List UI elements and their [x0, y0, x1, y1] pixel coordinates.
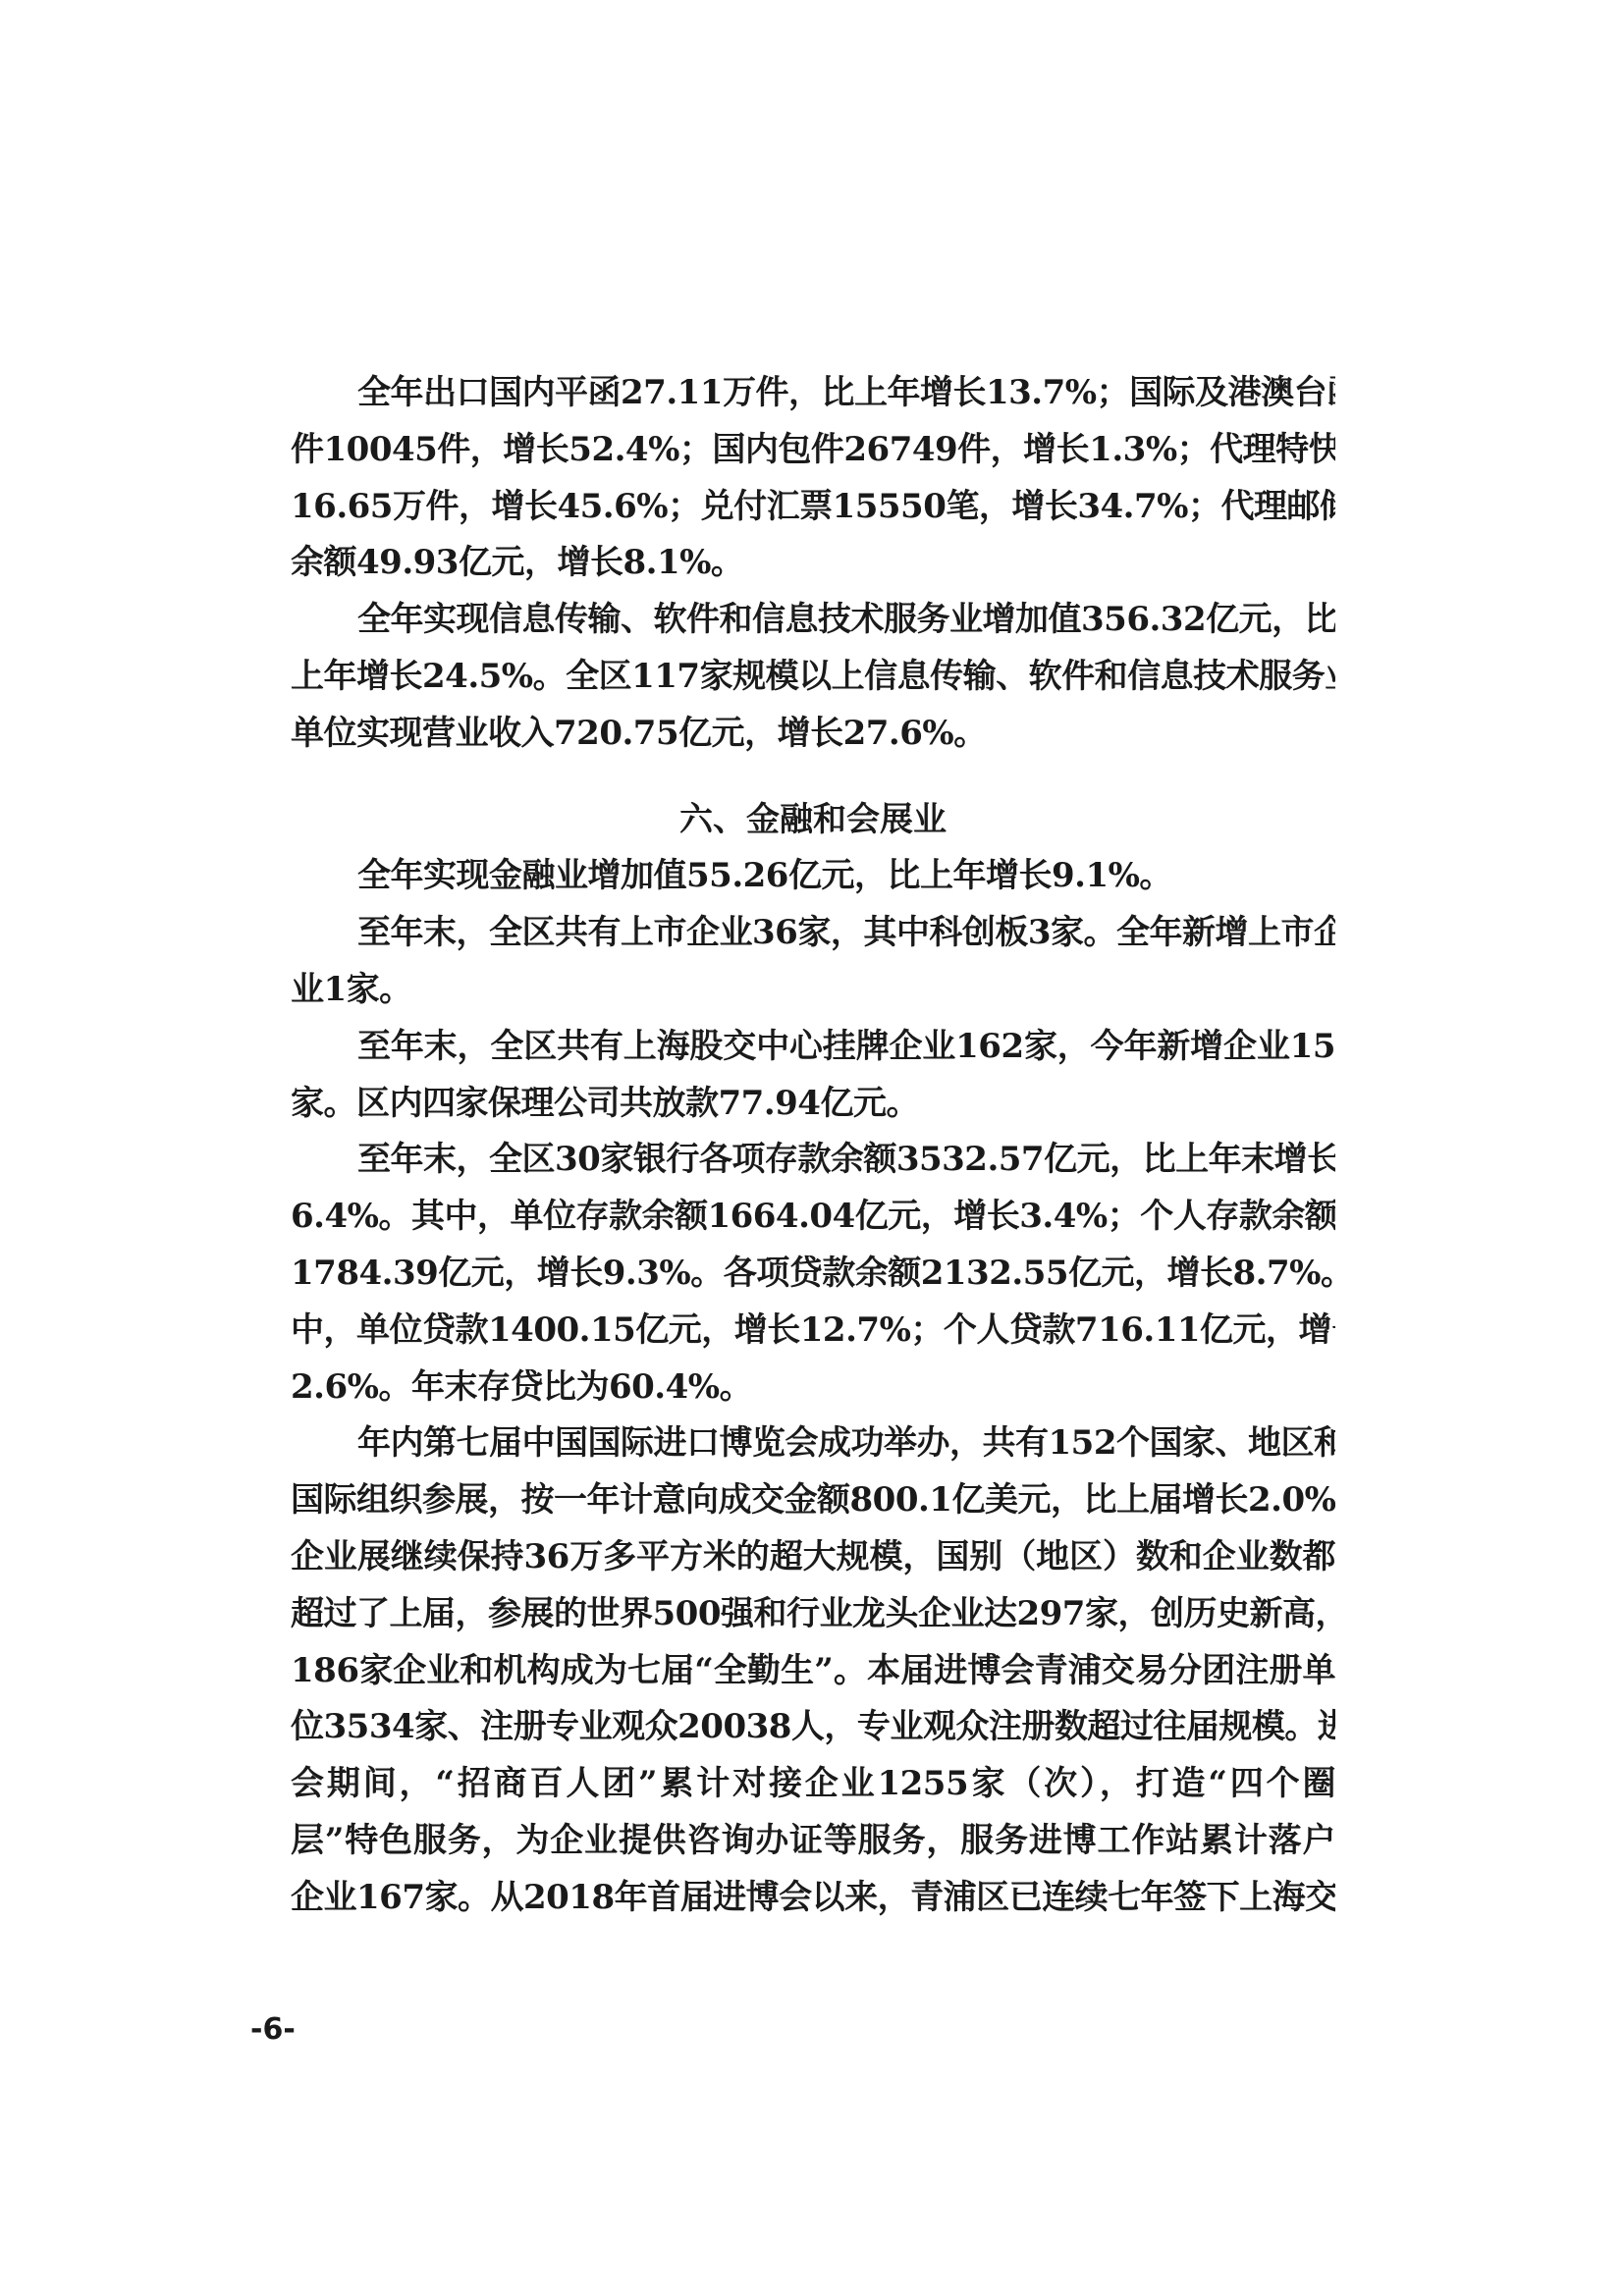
text-line: 上年增长24.5%。全区117家规模以上信息传输、软件和信息技术服务业: [291, 649, 1335, 706]
text-line: 企业167家。从2018年首届进博会以来，青浦区已连续七年签下上海交易: [291, 1870, 1335, 1927]
text-line: 位3534家、注册专业观众20038人，专业观众注册数超过往届规模。进博: [291, 1699, 1335, 1756]
text-line: 中，单位贷款1400.15亿元，增长12.7%；个人贷款716.11亿元，增长: [291, 1303, 1335, 1360]
text-line: 全年出口国内平函27.11万件，比上年增长13.7%；国际及港澳台函: [291, 365, 1335, 422]
text-line: 全年实现信息传输、软件和信息技术服务业增加值356.32亿元，比: [291, 592, 1335, 649]
text-line: 至年末，全区30家银行各项存款余额3532.57亿元，比上年末增长: [291, 1132, 1335, 1189]
text-line: 年内第七届中国国际进口博览会成功举办，共有152个国家、地区和: [291, 1415, 1335, 1472]
text-line: 家。区内四家保理公司共放款77.94亿元。: [291, 1076, 1335, 1133]
text-line: 全年实现金融业增加值55.26亿元，比上年增长9.1%。: [291, 848, 1335, 905]
page-number: -6-: [250, 2012, 296, 2047]
paragraph-postal: 全年出口国内平函27.11万件，比上年增长13.7%；国际及港澳台函 件1004…: [291, 365, 1335, 592]
paragraph-it-services: 全年实现信息传输、软件和信息技术服务业增加值356.32亿元，比 上年增长24.…: [291, 592, 1335, 762]
document-page: 全年出口国内平函27.11万件，比上年增长13.7%；国际及港澳台函 件1004…: [0, 0, 1624, 2296]
text-line: 超过了上届，参展的世界500强和行业龙头企业达297家，创历史新高，: [291, 1586, 1335, 1643]
text-line: 16.65万件，增长45.6%；兑付汇票15550笔，增长34.7%；代理邮储平…: [291, 479, 1335, 536]
text-line: 至年末，全区共有上海股交中心挂牌企业162家，今年新增企业15: [291, 1019, 1335, 1076]
text-line: 会期间，“招商百人团”累计对接企业1255家（次），打造“四个圈: [291, 1756, 1335, 1813]
text-line: 业1家。: [291, 962, 1335, 1019]
text-line: 6.4%。其中，单位存款余额1664.04亿元，增长3.4%；个人存款余额: [291, 1189, 1335, 1246]
paragraph-bank-deposits: 至年末，全区30家银行各项存款余额3532.57亿元，比上年末增长 6.4%。其…: [291, 1132, 1335, 1415]
text-line: 至年末，全区共有上市企业36家，其中科创板3家。全年新增上市企: [291, 905, 1335, 962]
text-line: 国际组织参展，按一年计意向成交金额800.1亿美元，比上届增长2.0%。: [291, 1472, 1335, 1529]
text-line: 1784.39亿元，增长9.3%。各项贷款余额2132.55亿元，增长8.7%。…: [291, 1246, 1335, 1303]
text-line: 件10045件，增长52.4%；国内包件26749件，增长1.3%；代理特快专递: [291, 422, 1335, 479]
paragraph-finance-value: 全年实现金融业增加值55.26亿元，比上年增长9.1%。: [291, 848, 1335, 905]
text-line: 单位实现营业收入720.75亿元，增长27.6%。: [291, 706, 1335, 763]
text-line: 企业展继续保持36万多平方米的超大规模，国别（地区）数和企业数都: [291, 1529, 1335, 1586]
text-line: 186家企业和机构成为七届“全勤生”。本届进博会青浦交易分团注册单: [291, 1643, 1335, 1700]
text-line: 2.6%。年末存贷比为60.4%。: [291, 1360, 1335, 1416]
paragraph-import-expo: 年内第七届中国国际进口博览会成功举办，共有152个国家、地区和 国际组织参展，按…: [291, 1415, 1335, 1926]
section-heading: 六、金融和会展业: [291, 792, 1335, 849]
paragraph-listed-companies: 至年末，全区共有上市企业36家，其中科创板3家。全年新增上市企 业1家。: [291, 905, 1335, 1019]
body-text: 全年出口国内平函27.11万件，比上年增长13.7%；国际及港澳台函 件1004…: [291, 365, 1335, 1927]
text-line: 余额49.93亿元，增长8.1%。: [291, 535, 1335, 592]
paragraph-equity-exchange: 至年末，全区共有上海股交中心挂牌企业162家，今年新增企业15 家。区内四家保理…: [291, 1019, 1335, 1133]
text-line: 层”特色服务，为企业提供咨询办证等服务，服务进博工作站累计落户: [291, 1813, 1335, 1870]
